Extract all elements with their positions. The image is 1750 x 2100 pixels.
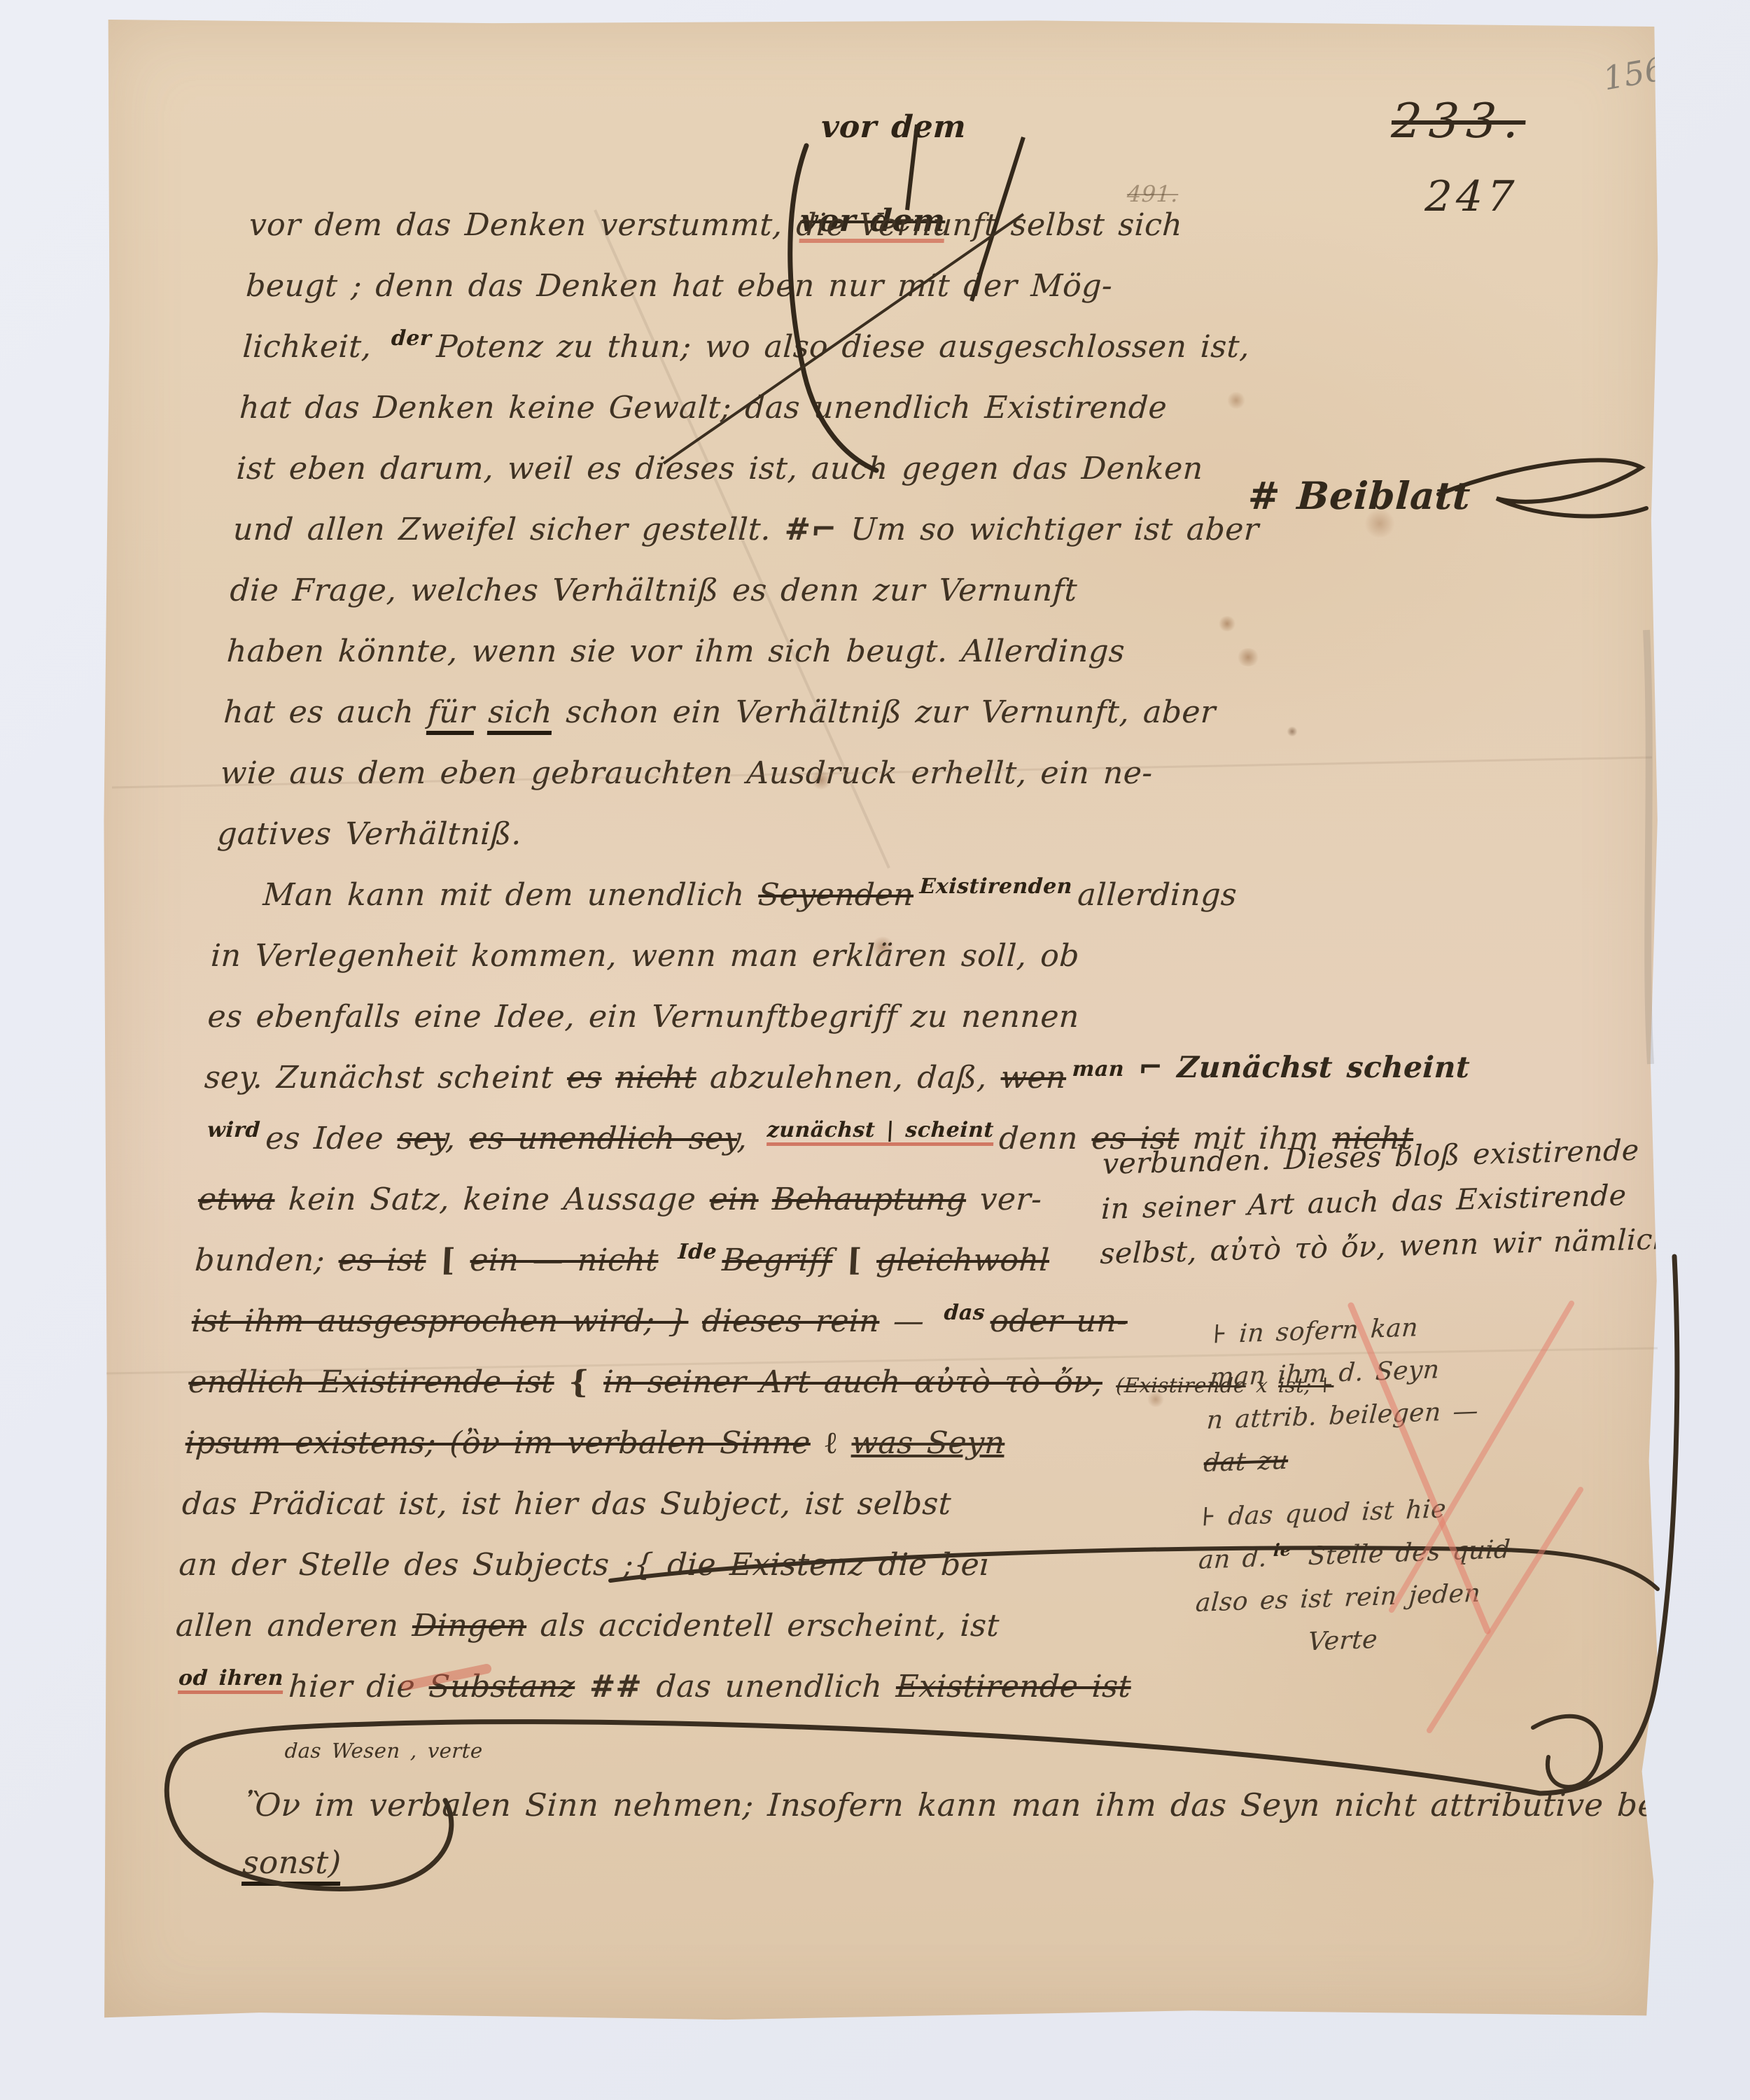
text-segment: das unendlich — [655, 1669, 897, 1704]
text-segment: an d. — [1198, 1543, 1268, 1575]
handwritten-line: das Wesen , verte — [167, 1730, 1382, 1791]
text-segment: Dingen — [412, 1608, 528, 1644]
text-segment: Man kann mit dem unendlich — [262, 877, 759, 913]
handwritten-line: gatives Verhältniß. — [215, 816, 1430, 877]
top-insertion-text: vor dem — [820, 109, 967, 145]
text-segment: wen — [1000, 1060, 1067, 1095]
text-segment: Existirenden — [919, 874, 1073, 899]
text-segment: , — [444, 1121, 470, 1156]
text-segment: ein — [708, 1182, 759, 1217]
text-segment: dat zu — [1203, 1446, 1289, 1478]
text-segment: sey. Zunächst scheint — [204, 1060, 568, 1095]
text-segment: an der Stelle des Subjects ;{ die Existe… — [178, 1547, 990, 1583]
text-segment: für — [426, 694, 475, 735]
handwritten-line: hat es auch für sich schon ein Verhältni… — [221, 694, 1436, 755]
handwritten-line: die Frage, welches Verhältniß es denn zu… — [227, 573, 1443, 633]
text-segment: Potenz zu thun; wo also diese ausgeschlo… — [435, 329, 1250, 365]
text-segment: die Frage, welches Verhältniß es denn zu… — [229, 573, 1078, 608]
text-segment: wird — [206, 1118, 261, 1142]
faint-crossed-number: 491. — [1126, 181, 1179, 207]
text-segment: hier die — [288, 1669, 430, 1704]
text-segment: das — [944, 1301, 986, 1325]
handwritten-line: vor dem das Denken verstummt, die Vernun… — [247, 207, 1462, 268]
text-segment: allerdings — [1077, 877, 1238, 913]
text-segment: und allen Zweifel sicher gestellt. — [232, 512, 785, 547]
text-segment: abzulehnen, daß, — [695, 1060, 1001, 1095]
scanned-manuscript-page: { "colors":{"backdrop":"#eaecf3","paper"… — [0, 0, 1750, 2100]
bottom-addition-block: Ὂν im verbalen Sinn nehmen; Insofern kan… — [241, 1786, 1750, 1901]
text-segment: es ist — [337, 1242, 427, 1278]
text-segment: Verte — [1307, 1625, 1378, 1657]
text-segment: in seiner Art auch αὐτὸ τὸ ὄν, — [603, 1364, 1104, 1400]
text-segment: ver- — [965, 1182, 1043, 1217]
text-segment: haben könnte, wenn sie vor ihm sich beug… — [226, 633, 1126, 669]
text-segment: was Seyn — [850, 1425, 1006, 1461]
text-segment: ⊦ in sofern kan — [1212, 1313, 1419, 1349]
text-segment: Ὂν im verbalen Sinn nehmen; Insofern kan… — [245, 1786, 1750, 1823]
text-segment: Ide — [678, 1240, 717, 1264]
text-segment: Um so wichtiger ist aber — [836, 512, 1260, 547]
text-segment: [ — [425, 1242, 471, 1278]
text-segment: n attrib. beilegen — — [1206, 1396, 1480, 1435]
text-segment: lichkeit, — [241, 329, 386, 365]
text-segment: kein Satz, keine Aussage — [274, 1182, 710, 1217]
handwritten-line: od ihrenhier die Substanz ## das unendli… — [170, 1669, 1385, 1730]
text-segment: ist ihm ausgesprochen wird; } — [191, 1303, 689, 1339]
text-segment: sich — [487, 694, 554, 735]
text-segment: oder un- — [989, 1303, 1128, 1339]
text-segment: wie aus dem eben gebrauchten Ausdruck er… — [220, 755, 1154, 791]
text-segment: vor dem das Denken verstummt, die Vernun… — [248, 207, 1184, 243]
margin-note-b: ⊦ das quod ist hiean d.ie Stelle des qui… — [1191, 1485, 1515, 1667]
marginal-catchword: ⌐ Zunächst scheint — [1137, 1050, 1471, 1084]
old-page-number-crossed: 233. — [1390, 94, 1527, 149]
text-segment: der — [391, 326, 432, 351]
text-segment: ist eben darum, weil es dieses ist, auch… — [235, 451, 1204, 486]
text-segment: man ihm d. Seyn — [1209, 1355, 1441, 1392]
handwritten-line: und allen Zweifel sicher gestellt. #⌐ Um… — [231, 512, 1446, 573]
text-segment: ℓ — [810, 1425, 853, 1461]
text-segment: nicht — [615, 1060, 697, 1095]
text-segment: zunächst | scheint — [766, 1118, 995, 1146]
text-segment: Begriff — [721, 1242, 833, 1278]
handwritten-line: dat zu — [1203, 1432, 1477, 1485]
handwritten-line: ist eben darum, weil es dieses ist, auch… — [234, 451, 1449, 512]
text-segment: gleichwohl — [876, 1242, 1051, 1278]
handwritten-line: haben könnte, wenn sie vor ihm sich beug… — [225, 633, 1440, 694]
handwritten-line: beugt ; denn das Denken hat eben nur mit… — [244, 268, 1459, 329]
text-segment: ## — [574, 1669, 657, 1704]
text-segment: das Wesen — [284, 1739, 401, 1763]
text-segment: also es ist rein jeden — [1195, 1579, 1482, 1618]
text-segment: ⊦ das quod ist hie — [1200, 1494, 1447, 1532]
text-segment: — — [878, 1303, 939, 1339]
text-segment: es ebenfalls eine Idee, ein Vernunftbegr… — [206, 999, 1080, 1035]
handwritten-line: Ὂν im verbalen Sinn nehmen; Insofern kan… — [244, 1786, 1750, 1844]
text-segment: denn — [998, 1121, 1093, 1156]
handwritten-line: sonst) — [241, 1844, 1750, 1901]
handwritten-line: hat das Denken keine Gewalt; das unendli… — [237, 390, 1452, 451]
text-segment: #⌐ — [784, 512, 838, 547]
text-segment: { — [553, 1364, 604, 1400]
text-segment — [657, 1242, 673, 1278]
text-segment: allen anderen — [175, 1608, 414, 1644]
text-segment: endlich Existirende ist — [188, 1364, 555, 1400]
text-segment: Stelle des quid — [1296, 1535, 1511, 1571]
text-segment: selbst, αὐτὸ τὸ ὄν, wenn wir nämlich — [1100, 1222, 1672, 1270]
text-segment: Seyenden — [757, 877, 915, 913]
text-segment: etwa — [197, 1182, 276, 1217]
text-segment: Substanz — [428, 1669, 575, 1704]
text-segment: in seiner Art auch das Existirende — [1101, 1178, 1627, 1226]
text-segment: das Prädicat ist, ist hier das Subject, … — [181, 1486, 952, 1522]
text-segment: ein — nicht — [469, 1242, 659, 1278]
handwritten-line: in Verlegenheit kommen, wenn man erkläre… — [209, 938, 1424, 999]
text-segment: schon ein Verhältniß zur Vernunft, aber — [552, 694, 1217, 730]
text-segment: man — [1072, 1057, 1125, 1081]
text-segment: als accidentell erscheint, ist — [526, 1608, 1000, 1644]
text-segment: in Verlegenheit kommen, wenn man erkläre… — [210, 938, 1081, 974]
text-segment: od ihren — [178, 1666, 284, 1694]
text-segment: dieses rein — [701, 1303, 881, 1339]
text-segment: ie — [1272, 1528, 1293, 1571]
text-segment: Existirende ist — [895, 1669, 1132, 1704]
text-segment: gatives Verhältniß. — [216, 816, 523, 852]
text-segment: , — [736, 1121, 762, 1156]
text-segment: [ — [832, 1242, 878, 1278]
text-segment: bunden; — [194, 1242, 339, 1278]
manuscript-paper-sheet: 233. 247 156 491. vor dem vor dem # Beib… — [104, 20, 1659, 2022]
text-segment: ipsum existens; (ὂν im verbalen Sinne — [184, 1425, 811, 1461]
margin-note-a: ⊦ in sofern kanman ihm d. Seynn attrib. … — [1203, 1304, 1486, 1485]
margin-paragraph-addition: verbunden. Dieses bloß existirende istin… — [1100, 1126, 1689, 1276]
handwritten-line: Man kann mit dem unendlich SeyendenExist… — [212, 877, 1427, 938]
text-segment: es unendlich sey — [468, 1121, 738, 1156]
text-segment: es Idee — [265, 1121, 398, 1156]
handwritten-line: lichkeit, derPotenz zu thun; wo also die… — [241, 329, 1456, 390]
text-segment: Behauptung — [771, 1182, 967, 1217]
text-segment: hat das Denken keine Gewalt; das unendli… — [239, 390, 1168, 426]
text-segment: , verte — [400, 1739, 484, 1763]
text-segment: hat es auch — [223, 694, 428, 730]
text-segment: beugt ; denn das Denken hat eben nur mit… — [245, 268, 1114, 304]
text-segment: sey — [396, 1121, 447, 1156]
handwritten-line: wie aus dem eben gebrauchten Ausdruck er… — [218, 755, 1434, 816]
text-segment: es — [566, 1060, 603, 1095]
text-segment: sonst) — [241, 1844, 342, 1886]
